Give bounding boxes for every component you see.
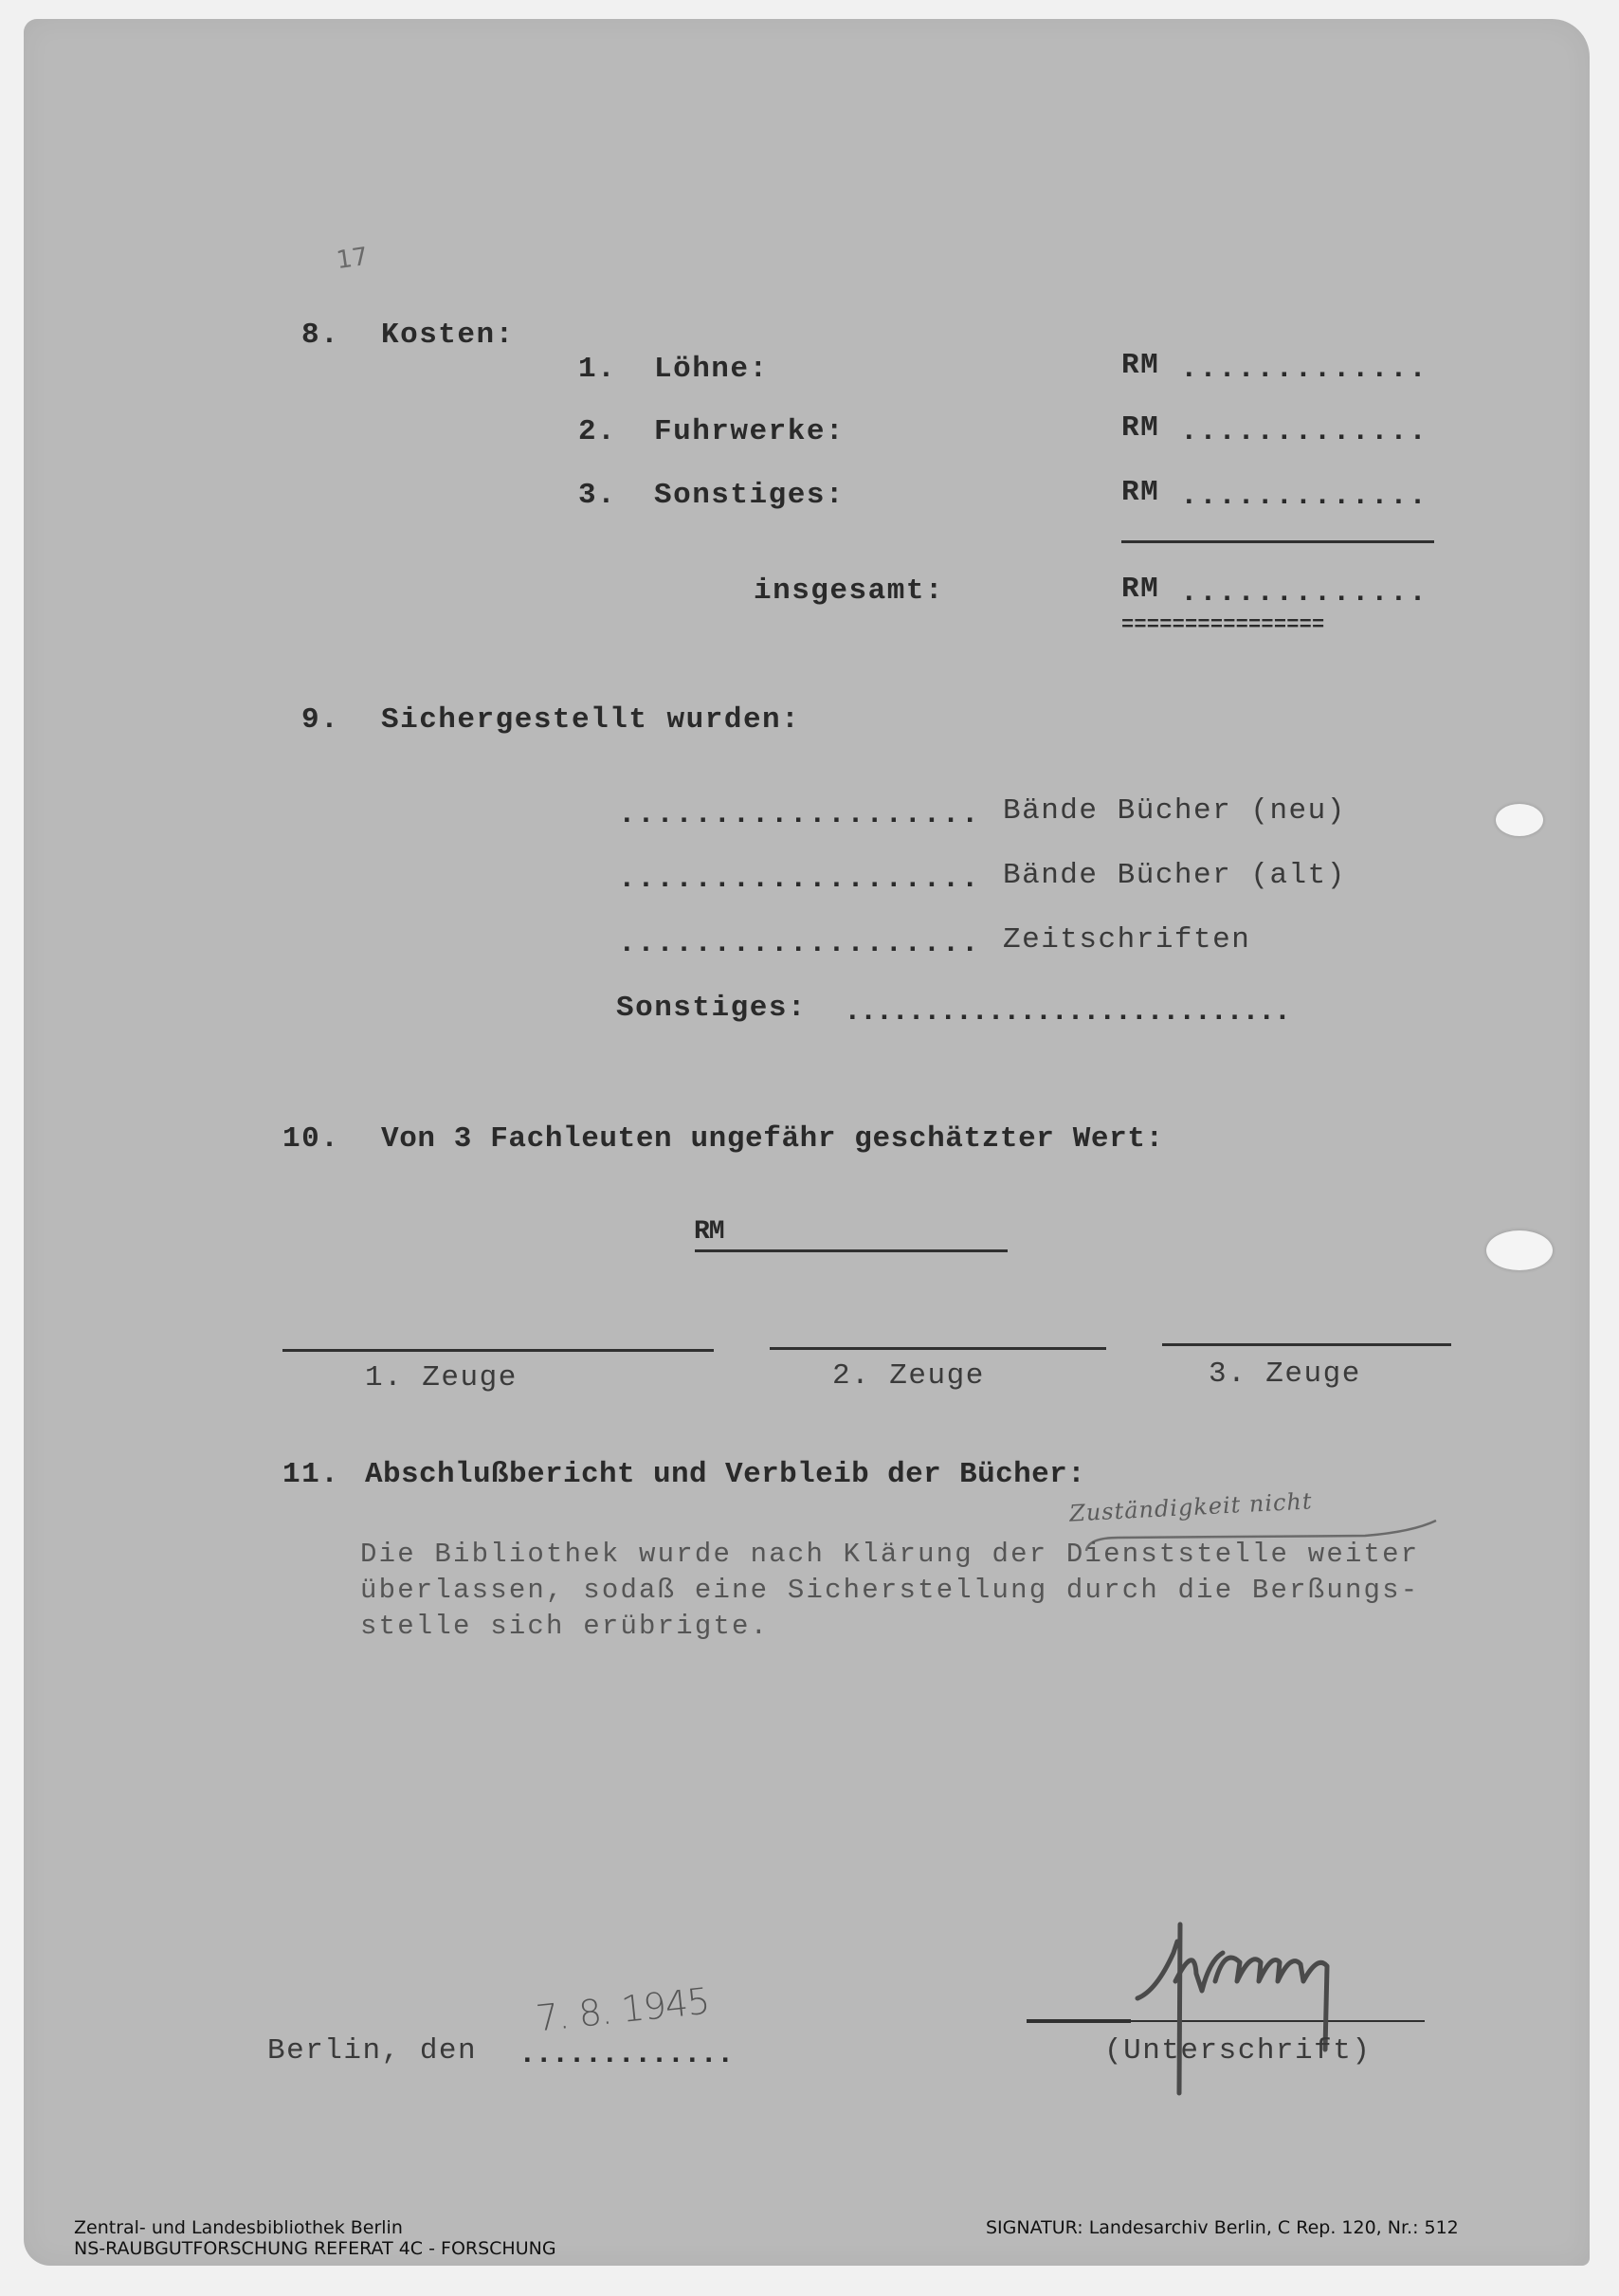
total-label: insgesamt: — [754, 574, 944, 609]
cost-item-3-number: 3. — [578, 479, 616, 513]
total-double-rule: ================ — [1121, 609, 1324, 643]
place-label: Berlin, den — [267, 2034, 477, 2068]
secured-item-2-label: Bände Bücher (alt) — [1003, 859, 1346, 893]
witness-2-signature-line — [770, 1347, 1106, 1350]
cost-item-2-value: ............. — [1180, 415, 1428, 449]
secured-item-3-blank: ................... — [618, 927, 980, 961]
cost-item-1-currency: RM — [1121, 349, 1159, 383]
secured-other-label: Sonstiges: — [616, 992, 807, 1026]
secured-item-1-label: Bände Bücher (neu) — [1003, 794, 1346, 829]
footer-library: Zentral- und Landesbibliothek Berlin — [74, 2217, 403, 2238]
witness-3-signature-line — [1162, 1343, 1451, 1346]
date-blank: ............. — [518, 2038, 733, 2072]
witness-2-label: 2. Zeuge — [832, 1359, 985, 1394]
signature — [1137, 1924, 1441, 2095]
section11-body-line-2: überlassen, sodaß eine Sicherstellung du… — [360, 1574, 1419, 1608]
section9-number: 9. — [301, 703, 339, 738]
cost-item-3-label: Sonstiges: — [654, 479, 845, 513]
footer-department: NS-RAUBGUTFORSCHUNG REFERAT 4C - FORSCHU… — [74, 2238, 556, 2259]
estimated-value-currency: RM — [694, 1215, 724, 1249]
secured-item-2-blank: ................... — [618, 863, 980, 897]
section11-title: Abschlußbericht und Verbleib der Bücher: — [365, 1458, 1085, 1492]
cost-item-3-value: ............. — [1180, 480, 1428, 514]
subtotal-rule — [1121, 540, 1434, 543]
secured-item-1-blank: ................... — [618, 798, 980, 832]
footer-signatur: SIGNATUR: Landesarchiv Berlin, C Rep. 12… — [986, 2217, 1459, 2238]
section11-body-line-1: Die Bibliothek wurde nach Klärung der Di… — [360, 1538, 1419, 1572]
cost-item-1-number: 1. — [578, 353, 616, 387]
cost-item-2-label: Fuhrwerke: — [654, 415, 845, 449]
witness-1-label: 1. Zeuge — [365, 1361, 518, 1395]
secured-item-3-label: Zeitschriften — [1003, 923, 1250, 957]
cost-item-3-currency: RM — [1121, 476, 1159, 510]
cost-item-1-label: Löhne: — [654, 353, 769, 387]
estimated-value-line — [695, 1249, 1008, 1252]
cost-item-1-value: ............. — [1180, 353, 1428, 387]
cost-item-2-number: 2. — [578, 415, 616, 449]
secured-other-blank: ............................ — [844, 995, 1290, 1030]
witness-1-signature-line — [282, 1349, 714, 1352]
section8-title: Kosten: — [381, 319, 515, 353]
section11-body-line-3: stelle sich erübrigte. — [360, 1610, 769, 1644]
section9-title: Sichergestellt wurden: — [381, 703, 800, 738]
section11-number: 11. — [282, 1458, 339, 1492]
section8-number: 8. — [301, 319, 339, 353]
signature-label: (Unterschrift) — [1104, 2034, 1371, 2068]
page-mark: 17 — [335, 243, 370, 275]
total-currency: RM — [1121, 573, 1159, 607]
punch-hole-bottom — [1486, 1230, 1553, 1270]
section10-title: Von 3 Fachleuten ungefähr geschätzter We… — [381, 1122, 1164, 1157]
total-value: ............. — [1180, 576, 1428, 610]
punch-hole-top — [1496, 804, 1543, 836]
cost-item-2-currency: RM — [1121, 411, 1159, 446]
signature-line-thick — [1027, 2019, 1131, 2023]
section10-number: 10. — [282, 1122, 339, 1157]
witness-3-label: 3. Zeuge — [1209, 1358, 1361, 1392]
